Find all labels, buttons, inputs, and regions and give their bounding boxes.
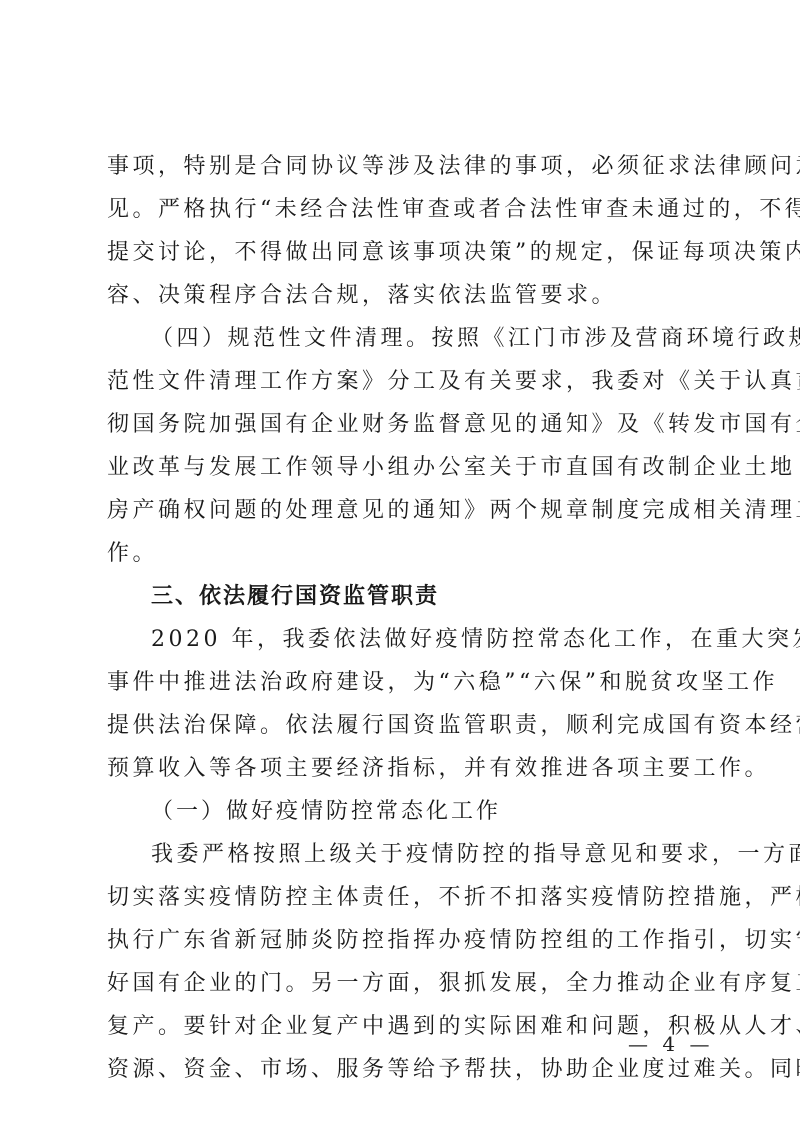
subsection-1-line: 执行广东省新冠肺炎防控指挥办疫情防控组的工作指引，切实守 (107, 919, 699, 962)
section-3-line: 2020 年，我委依法做好疫情防控常态化工作，在重大突发 (107, 618, 699, 661)
page-number: — 4 — (628, 1032, 713, 1056)
section-3-line: 预算收入等各项主要经济指标，并有效推进各项主要工作。 (107, 747, 699, 790)
subsection-1-line: 切实落实疫情防控主体责任，不折不扣落实疫情防控措施，严格 (107, 876, 699, 919)
text-line: 见。严格执行“未经合法性审查或者合法性审查未通过的，不得 (107, 188, 699, 231)
paragraph-4-line: 作。 (107, 532, 699, 575)
section-heading: 三、依法履行国资监管职责 (107, 575, 699, 618)
page-content: 事项，特别是合同协议等涉及法律的事项，必须征求法律顾问意 见。严格执行“未经合法… (107, 145, 699, 1091)
document-page: 事项，特别是合同协议等涉及法律的事项，必须征求法律顾问意 见。严格执行“未经合法… (0, 0, 800, 1131)
subsection-1-line: 复产。要针对企业复产中遇到的实际困难和问题，积极从人才、 (107, 1005, 699, 1048)
paragraph-4-line: 房产确权问题的处理意见的通知》两个规章制度完成相关清理工 (107, 489, 699, 532)
text-line: 提交讨论，不得做出同意该事项决策”的规定，保证每项决策内 (107, 231, 699, 274)
subsection-1-line: 我委严格按照上级关于疫情防控的指导意见和要求，一方面 (107, 833, 699, 876)
subsection-1-line: 资源、资金、市场、服务等给予帮扶，协助企业度过难关。同时， (107, 1048, 699, 1091)
subsection-heading: （一）做好疫情防控常态化工作 (107, 790, 699, 833)
section-3-line: 事件中推进法治政府建设，为“六稳”“六保”和脱贫攻坚工作 (107, 661, 699, 704)
paragraph-4-line: （四）规范性文件清理。按照《江门市涉及营商环境行政规 (107, 317, 699, 360)
paragraph-4-line: 彻国务院加强国有企业财务监督意见的通知》及《转发市国有企 (107, 403, 699, 446)
paragraph-4-line: 范性文件清理工作方案》分工及有关要求，我委对《关于认真贯 (107, 360, 699, 403)
text-line: 容、决策程序合法合规，落实依法监管要求。 (107, 274, 699, 317)
subsection-1-line: 好国有企业的门。另一方面，狠抓发展，全力推动企业有序复工 (107, 962, 699, 1005)
text-line: 事项，特别是合同协议等涉及法律的事项，必须征求法律顾问意 (107, 145, 699, 188)
paragraph-4-line: 业改革与发展工作领导小组办公室关于市直国有改制企业土地 (107, 446, 699, 489)
section-3-line: 提供法治保障。依法履行国资监管职责，顺利完成国有资本经营 (107, 704, 699, 747)
